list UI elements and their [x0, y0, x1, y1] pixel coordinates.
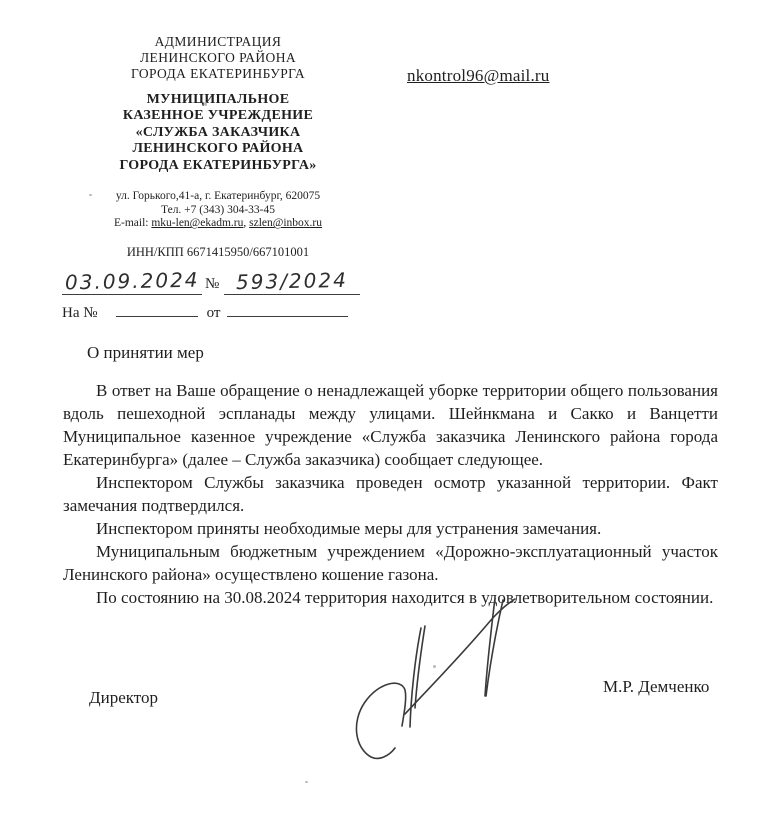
letterhead-org-line: КАЗЕННОЕ УЧРЕЖДЕНИЕ [72, 108, 364, 124]
in-reply-number-blank [116, 300, 198, 317]
letterhead-org-line: МУНИЦИПАЛЬНОЕ [72, 92, 364, 108]
reference-block: 03.09.2024№593/2024 На №от [62, 269, 372, 322]
body-paragraph: Инспектором приняты необходимые меры для… [63, 517, 718, 540]
letterhead-address: ул. Горького,41-а, г. Екатеринбург, 6200… [72, 190, 364, 204]
letterhead-org-line: ЛЕНИНСКОГО РАЙОНА [72, 141, 364, 157]
signer-title: Директор [89, 688, 158, 708]
letterhead-admin-line: ЛЕНИНСКОГО РАЙОНА [72, 50, 364, 66]
letterhead-email-1: mku-len@ekadm.ru [151, 217, 243, 229]
outgoing-number-field: 593/2024 [224, 269, 360, 295]
signer-name: М.Р. Демченко [603, 677, 709, 697]
letter-body: В ответ на Ваше обращение о ненадлежащей… [63, 379, 718, 609]
outgoing-number-handwritten: 593/2024 [236, 268, 348, 295]
scan-speckle [204, 102, 207, 106]
scan-speckle [305, 781, 308, 783]
recipient-email: nkontrol96@mail.ru [407, 66, 550, 86]
email-label: E-mail: [114, 217, 151, 229]
letterhead-administration-block: АДМИНИСТРАЦИЯ ЛЕНИНСКОГО РАЙОНА ГОРОДА Е… [72, 34, 364, 82]
letterhead-admin-line: ГОРОДА ЕКАТЕРИНБУРГА [72, 66, 364, 82]
handwritten-signature-icon [349, 596, 519, 766]
from-date-label: от [207, 305, 221, 321]
scan-speckle [89, 194, 92, 196]
outgoing-ref-row: 03.09.2024№593/2024 [62, 269, 372, 295]
body-paragraph: Муниципальным бюджетным учреждением «Дор… [63, 540, 718, 586]
scanned-letter-page: АДМИНИСТРАЦИЯ ЛЕНИНСКОГО РАЙОНА ГОРОДА Е… [0, 0, 773, 822]
number-sign-label: № [205, 276, 219, 292]
subject-line: О принятии мер [87, 343, 204, 363]
incoming-ref-row: На №от [62, 300, 372, 322]
body-paragraph: В ответ на Ваше обращение о ненадлежащей… [63, 379, 718, 471]
body-paragraph: Инспектором Службы заказчика проведен ос… [63, 471, 718, 517]
letterhead-inn-kpp: ИНН/КПП 6671415950/667101001 [72, 245, 364, 260]
letterhead-email-2: szlen@inbox.ru [249, 217, 322, 229]
letterhead-organization-block: МУНИЦИПАЛЬНОЕ КАЗЕННОЕ УЧРЕЖДЕНИЕ «СЛУЖБ… [72, 92, 364, 174]
letterhead-org-line: «СЛУЖБА ЗАКАЗЧИКА [72, 125, 364, 141]
letterhead-contact-block: ул. Горького,41-а, г. Екатеринбург, 6200… [72, 190, 364, 231]
in-reply-to-label: На № [62, 305, 98, 321]
letterhead-org-line: ГОРОДА ЕКАТЕРИНБУРГА» [72, 158, 364, 174]
scan-speckle [433, 665, 436, 668]
letterhead-phone: Тел. +7 (343) 304-33-45 [72, 204, 364, 218]
in-reply-date-blank [227, 300, 348, 317]
outgoing-date-handwritten: 03.09.2024 [64, 268, 199, 296]
letterhead-admin-line: АДМИНИСТРАЦИЯ [72, 34, 364, 50]
letterhead: АДМИНИСТРАЦИЯ ЛЕНИНСКОГО РАЙОНА ГОРОДА Е… [72, 34, 364, 260]
letterhead-email-line: E-mail: mku-len@ekadm.ru, szlen@inbox.ru [72, 217, 364, 231]
outgoing-date-field: 03.09.2024 [62, 269, 202, 295]
